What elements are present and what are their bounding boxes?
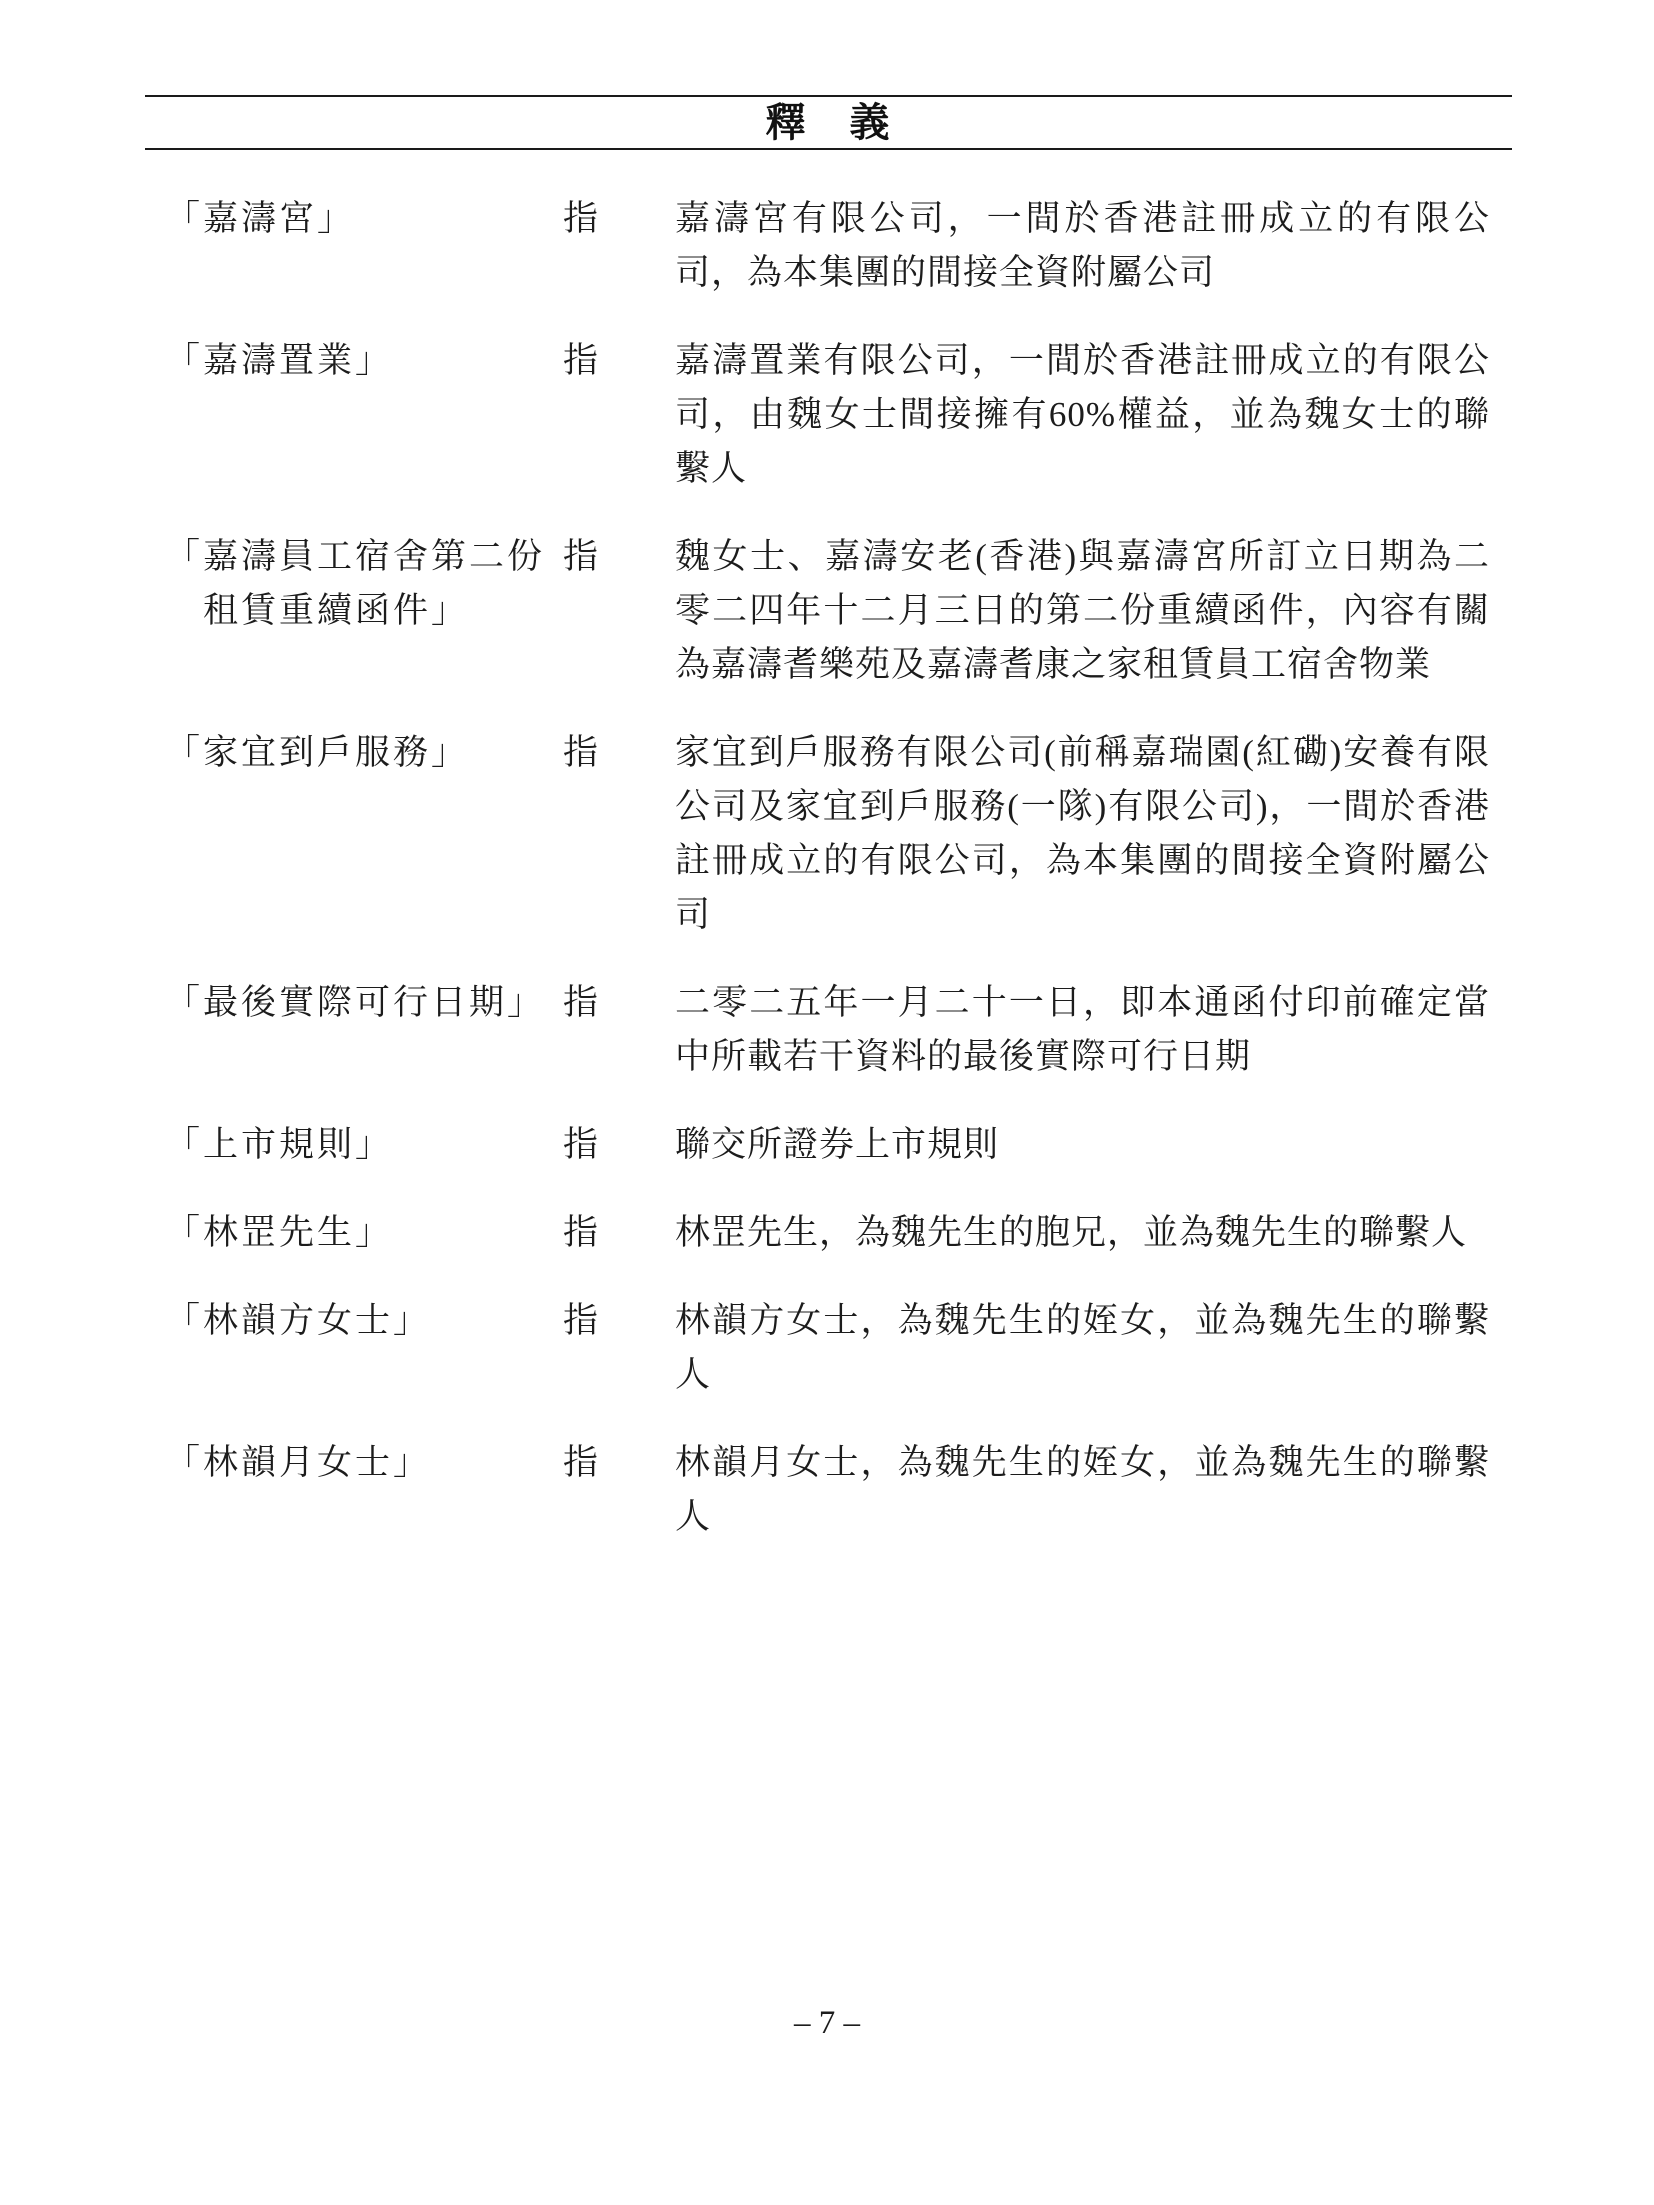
means-label: 指 bbox=[563, 192, 675, 246]
means-label: 指 bbox=[563, 976, 675, 1030]
definition-entry: 「林罡先生」 指 林罡先生，為魏先生的胞兄，並為魏先生的聯繫人 bbox=[165, 1206, 1490, 1260]
definition-text: 魏女士、嘉濤安老(香港)與嘉濤宮所訂立日期為二零二四年十二月三日的第二份重續函件… bbox=[675, 530, 1490, 692]
definition-entry: 「林韻方女士」 指 林韻方女士，為魏先生的姪女，並為魏先生的聯繫人 bbox=[165, 1294, 1490, 1402]
means-label: 指 bbox=[563, 1294, 675, 1348]
means-label: 指 bbox=[563, 530, 675, 584]
means-label: 指 bbox=[563, 1118, 675, 1172]
means-label: 指 bbox=[563, 1206, 675, 1260]
definition-entry: 「上市規則」 指 聯交所證券上市規則 bbox=[165, 1118, 1490, 1172]
page-title: 釋 義 bbox=[145, 97, 1512, 148]
header-rule-bottom bbox=[145, 148, 1512, 150]
document-page: 釋 義 「嘉濤宮」 指 嘉濤宮有限公司，一間於香港註冊成立的有限公司，為本集團的… bbox=[0, 0, 1654, 2205]
definitions-list: 「嘉濤宮」 指 嘉濤宮有限公司，一間於香港註冊成立的有限公司，為本集團的間接全資… bbox=[165, 192, 1490, 1578]
definition-text: 家宜到戶服務有限公司(前稱嘉瑞園(紅磡)安養有限公司及家宜到戶服務(一隊)有限公… bbox=[675, 726, 1490, 942]
term: 「上市規則」 bbox=[165, 1118, 563, 1172]
definition-text: 聯交所證券上市規則 bbox=[675, 1118, 1490, 1172]
definition-text: 林韻月女士，為魏先生的姪女，並為魏先生的聯繫人 bbox=[675, 1436, 1490, 1544]
term: 「林罡先生」 bbox=[165, 1206, 563, 1260]
definition-text: 嘉濤宮有限公司，一間於香港註冊成立的有限公司，為本集團的間接全資附屬公司 bbox=[675, 192, 1490, 300]
means-label: 指 bbox=[563, 726, 675, 780]
definition-entry: 「家宜到戶服務」 指 家宜到戶服務有限公司(前稱嘉瑞園(紅磡)安養有限公司及家宜… bbox=[165, 726, 1490, 942]
term: 「林韻月女士」 bbox=[165, 1436, 563, 1490]
definition-text: 嘉濤置業有限公司，一間於香港註冊成立的有限公司，由魏女士間接擁有60%權益，並為… bbox=[675, 334, 1490, 496]
definition-entry: 「最後實際可行日期」 指 二零二五年一月二十一日，即本通函付印前確定當中所載若干… bbox=[165, 976, 1490, 1084]
term: 「嘉濤置業」 bbox=[165, 334, 563, 388]
means-label: 指 bbox=[563, 1436, 675, 1490]
term: 「家宜到戶服務」 bbox=[165, 726, 563, 780]
definition-entry: 「嘉濤宮」 指 嘉濤宮有限公司，一間於香港註冊成立的有限公司，為本集團的間接全資… bbox=[165, 192, 1490, 300]
definition-text: 二零二五年一月二十一日，即本通函付印前確定當中所載若干資料的最後實際可行日期 bbox=[675, 976, 1490, 1084]
definition-entry: 「嘉濤置業」 指 嘉濤置業有限公司，一間於香港註冊成立的有限公司，由魏女士間接擁… bbox=[165, 334, 1490, 496]
term: 「嘉濤宮」 bbox=[165, 192, 563, 246]
definition-entry: 「嘉濤員工宿舍第二份 租賃重續函件」 指 魏女士、嘉濤安老(香港)與嘉濤宮所訂立… bbox=[165, 530, 1490, 692]
term: 「最後實際可行日期」 bbox=[165, 976, 563, 1030]
definition-text: 林罡先生，為魏先生的胞兄，並為魏先生的聯繫人 bbox=[675, 1206, 1490, 1260]
term: 「嘉濤員工宿舍第二份 租賃重續函件」 bbox=[165, 530, 563, 638]
means-label: 指 bbox=[563, 334, 675, 388]
definition-text: 林韻方女士，為魏先生的姪女，並為魏先生的聯繫人 bbox=[675, 1294, 1490, 1402]
term: 「林韻方女士」 bbox=[165, 1294, 563, 1348]
definition-entry: 「林韻月女士」 指 林韻月女士，為魏先生的姪女，並為魏先生的聯繫人 bbox=[165, 1436, 1490, 1544]
page-number: – 7 – bbox=[0, 2005, 1654, 2042]
